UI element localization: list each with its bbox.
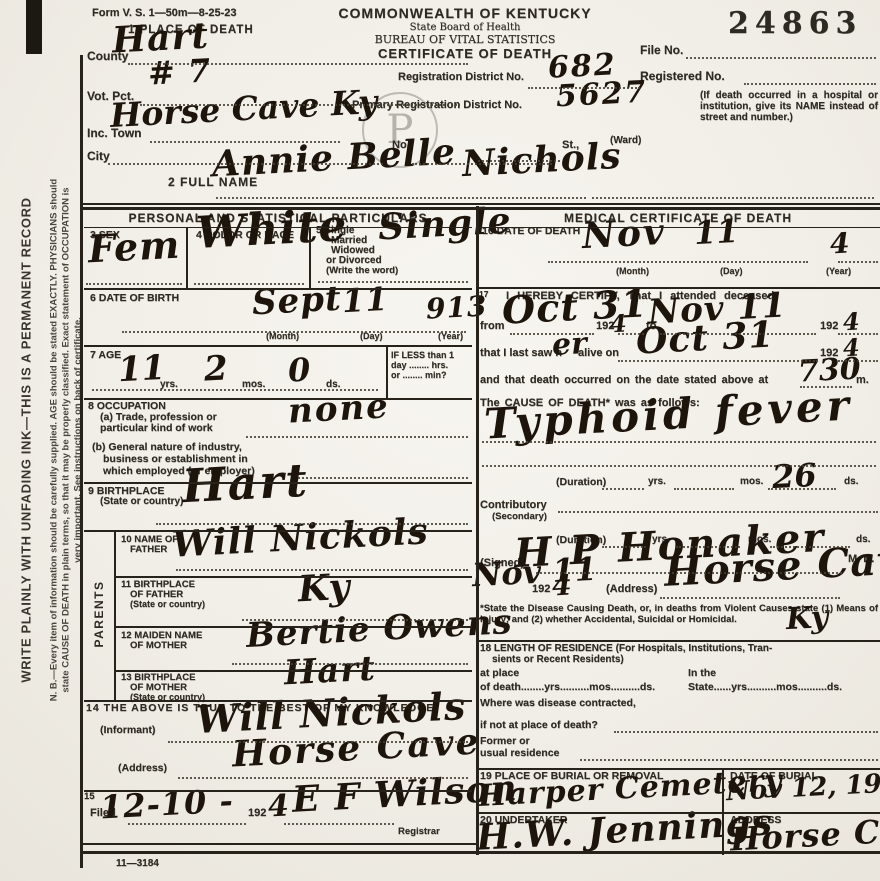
form-rule [476, 287, 880, 289]
primary-registration-district-value: 5627 [555, 78, 648, 113]
form-rule [476, 768, 880, 770]
cause-duration-yrs: yrs. [648, 477, 666, 488]
to-year-print: 192 [820, 321, 838, 333]
marital-label-5: (Write the word) [326, 266, 398, 276]
form-rule [84, 700, 472, 702]
at-place-label: at place [480, 668, 519, 679]
dotted-leader-line [156, 523, 468, 525]
form-rule [386, 345, 388, 398]
dotted-leader-line [108, 163, 383, 165]
in-the-label: In the [688, 668, 716, 679]
dod-year-caption: (Year) [826, 267, 851, 276]
form-rule [84, 482, 472, 484]
form-rule [476, 227, 880, 228]
dotted-leader-line [232, 663, 468, 665]
form-rule [476, 812, 880, 814]
dotted-leader-line [602, 546, 646, 548]
dotted-leader-line [838, 360, 878, 362]
father-birthplace-caption: (State or country) [130, 600, 205, 609]
dotted-leader-line [770, 546, 850, 548]
father-name-label-2: FATHER [130, 545, 167, 555]
age-mos-value: 2 [203, 351, 228, 386]
dotted-leader-line [298, 477, 468, 479]
form-rule [186, 227, 188, 288]
voting-precinct-value: # 7 [147, 54, 212, 89]
signed-address-label: (Address) [606, 584, 657, 596]
sex-value: Fem [87, 226, 181, 269]
form-rule [84, 530, 472, 532]
letterhead-bureau: BUREAU OF VITAL STATISTICS [375, 34, 556, 46]
form-rule [84, 345, 472, 347]
of-death-row-label: of death........yrs..........mos........… [480, 682, 655, 693]
last-saw-label: that I last saw h [480, 348, 562, 360]
registration-district-label: Registration District No. [398, 72, 524, 84]
race-value: White [195, 204, 349, 256]
dotted-leader-line [660, 597, 840, 599]
dotted-leader-line [614, 731, 878, 733]
dotted-leader-line [128, 823, 246, 825]
dotted-leader-line [168, 741, 468, 743]
date-of-birth-label: 6 DATE OF BIRTH [90, 293, 179, 304]
registrar-label: Registrar [398, 827, 440, 837]
dotted-leader-line [674, 488, 734, 490]
undertaker-address-value: Horse Cave [729, 812, 880, 855]
where-contracted-label: Where was disease contracted, [480, 698, 636, 709]
dotted-leader-line [800, 386, 852, 388]
registered-no-label: Registered No. [640, 70, 725, 83]
margin-note-nb1: N. B.—Every item of information should b… [49, 179, 60, 701]
occupation-value: none [287, 389, 390, 428]
dotted-leader-line [768, 488, 836, 490]
occupation-b-label-1: (b) General nature of industry, [92, 442, 242, 453]
cause-duration-label: (Duration) [556, 477, 606, 488]
dotted-leader-line [140, 104, 460, 106]
former-label-2: usual residence [480, 748, 559, 759]
form-rule [80, 203, 880, 205]
file-no-label: File No. [640, 44, 683, 57]
margin-note-nb2: state CAUSE OF DEATH in plain terms, so … [61, 187, 72, 692]
signed-year-value: 4 [551, 572, 572, 601]
dotted-leader-line [602, 488, 644, 490]
to-year-value: 4 [842, 310, 860, 335]
dotted-leader-line [528, 87, 640, 89]
saw-date-value: Oct 31 [635, 316, 775, 359]
dotted-leader-line [580, 759, 878, 761]
residence-label-2: sients or Recent Residents) [492, 655, 624, 666]
parents-vertical-label: PARENTS [92, 581, 106, 648]
if-not-label: if not at place of death? [480, 720, 598, 731]
dotted-leader-line [592, 197, 874, 199]
dotted-leader-line [838, 333, 878, 335]
dotted-leader-line [216, 197, 586, 199]
form-rule [80, 851, 880, 854]
dotted-leader-line [618, 360, 818, 362]
cause-of-death-value: Typhoid fever [483, 384, 854, 445]
hospital-note: (If death occurred in a hospital or inst… [700, 90, 878, 124]
informant-label: (Informant) [100, 725, 155, 736]
informant-address-value: Horse Cave [231, 724, 481, 773]
cause-duration-ds: ds. [844, 477, 858, 488]
dotted-leader-line [178, 777, 468, 779]
dotted-leader-line [412, 163, 552, 165]
former-label-1: Former or [480, 736, 530, 747]
dotted-leader-line [246, 436, 468, 438]
dotted-leader-line [242, 619, 468, 621]
form-rule [114, 530, 116, 700]
dotted-leader-line [122, 331, 466, 333]
contributory-label: Contributory [480, 500, 547, 512]
filed-year-value: 4 [267, 791, 289, 822]
dotted-leader-line [838, 261, 878, 263]
form-rule [80, 55, 83, 868]
cause-duration-mos: mos. [740, 477, 763, 488]
form-rule [84, 790, 472, 792]
form-rule [84, 227, 472, 228]
dotted-leader-line [482, 441, 876, 443]
margin-note-permanent: WRITE PLAINLY WITH UNFADING INK—THIS IS … [19, 197, 34, 682]
city-label: City [87, 150, 110, 163]
letterhead-state-board: State Board of Health [410, 23, 521, 34]
mother-name-value: Bertie Owens [245, 605, 513, 653]
form-code: 11—3184 [116, 859, 159, 870]
form-rule [84, 398, 472, 400]
if-less-label-3: or ........ min? [391, 371, 447, 380]
form-rule [84, 288, 472, 290]
dod-month-caption: (Month) [616, 267, 649, 276]
dotted-leader-line [482, 465, 876, 467]
dotted-leader-line [478, 160, 560, 162]
residence-label-1: 18 LENGTH OF RESIDENCE (For Hospitals, I… [480, 644, 772, 655]
dod-day-value: 11 [693, 215, 739, 249]
form-rule [114, 670, 472, 672]
dotted-leader-line [284, 823, 394, 825]
form-rule [80, 843, 476, 845]
filed-year-print: 192 [248, 808, 266, 820]
dotted-leader-line [660, 333, 816, 335]
dotted-leader-line [194, 283, 304, 285]
mother-name-label-2: OF MOTHER [130, 641, 187, 651]
occupation-a-label-2: particular kind of work [100, 423, 213, 434]
letterhead-commonwealth: COMMONWEALTH OF KENTUCKY [338, 6, 591, 21]
dotted-leader-line [676, 546, 740, 548]
dob-month-caption: (Month) [266, 332, 299, 341]
father-birthplace-value: Ky [297, 569, 351, 608]
form-rule [114, 626, 472, 628]
letterhead-certificate: CERTIFICATE OF DEATH [378, 47, 552, 61]
secondary-label: (Secondary) [492, 512, 547, 522]
dotted-leader-line [536, 572, 842, 574]
dod-day-caption: (Day) [720, 267, 743, 276]
death-occurred-label: and that death occurred on the date stat… [480, 375, 768, 387]
signed-address-state-value: Ky [785, 603, 829, 635]
certificate-number: 24863 [728, 8, 862, 40]
dotted-leader-line [548, 261, 808, 263]
form-rule [476, 206, 479, 855]
dotted-leader-line [510, 333, 594, 335]
dotted-leader-line [618, 333, 644, 335]
attended-from-label: from [480, 321, 504, 333]
informant-address-label: (Address) [118, 763, 167, 774]
form-rule [476, 640, 880, 642]
dotted-leader-line [128, 63, 468, 65]
form-rule [309, 227, 311, 288]
dob-day-caption: (Day) [360, 332, 383, 341]
age-yrs-value: 11 [117, 351, 166, 387]
dotted-leader-line [176, 569, 468, 571]
dotted-leader-line [686, 57, 876, 59]
item-15-number: 15 [84, 792, 95, 802]
dotted-leader-line [318, 281, 468, 283]
dotted-leader-line [86, 283, 182, 285]
dod-year-value: 4 [829, 230, 850, 259]
dotted-leader-line [558, 511, 878, 513]
dotted-leader-line [92, 389, 378, 391]
state-row-label: State......yrs..........mos..........ds. [688, 682, 842, 693]
dod-month-value: Nov [581, 214, 667, 254]
dotted-leader-line [744, 83, 876, 85]
form-rule [80, 207, 880, 210]
death-certificate-scan: WRITE PLAINLY WITH UNFADING INK—THIS IS … [0, 0, 880, 881]
birthplace-caption: (State or country) [100, 497, 183, 508]
margin-ink-bar [26, 0, 42, 54]
dotted-leader-line [150, 141, 340, 143]
dob-year-caption: (Year) [438, 332, 463, 341]
father-name-value: Will Nickols [171, 513, 429, 562]
form-rule [114, 576, 472, 578]
age-ds-value: 0 [287, 353, 311, 386]
